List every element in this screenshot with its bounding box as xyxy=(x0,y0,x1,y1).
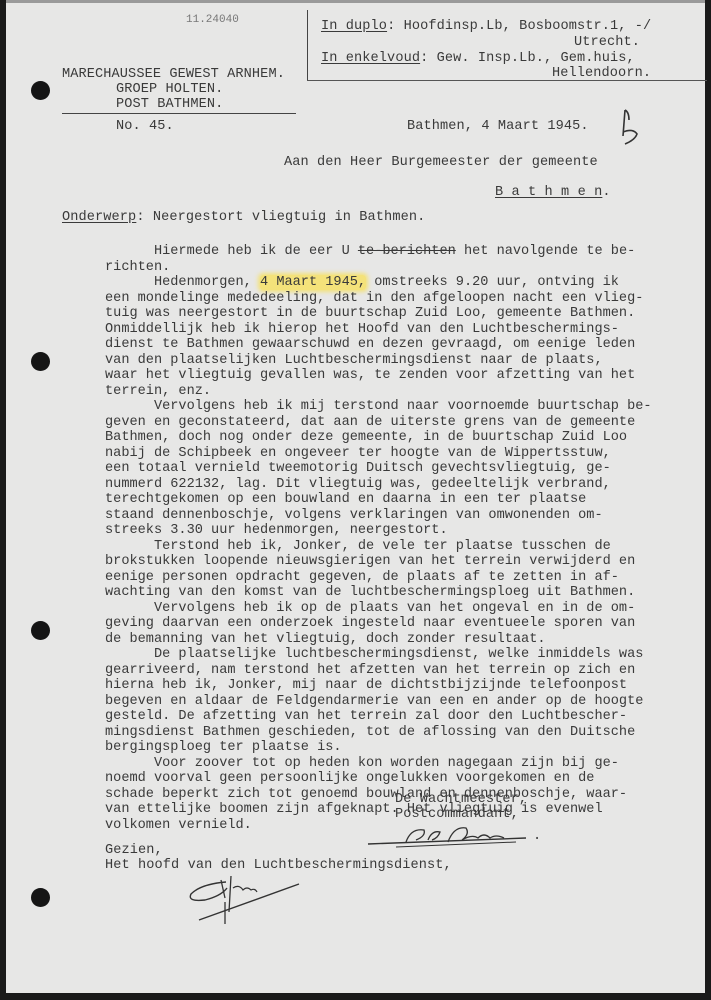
seen-line-1: Gezien, xyxy=(105,843,163,859)
letter-body: Hiermede heb ik de eer U te-berichten he… xyxy=(105,244,705,833)
body-text: Hiermede heb ik de eer U xyxy=(105,244,358,259)
body-line: terechtgekomen op een bouwland en daarna… xyxy=(105,492,705,508)
body-line: gearriveerd, nam terstond het afzetten v… xyxy=(105,663,705,679)
body-line: noemd voorval geen persoonlijke ongelukk… xyxy=(105,771,705,787)
body-line: mingsdienst Bathmen geschieden, tot de a… xyxy=(105,725,705,741)
body-line: eenige personen opdracht gegeven, de pla… xyxy=(105,570,705,586)
struck-text: te-berichten xyxy=(358,244,456,259)
punch-hole-icon xyxy=(31,352,50,371)
sender-line-2: GROEP HOLTEN. xyxy=(116,82,223,98)
letter-number: No. 45. xyxy=(116,119,174,135)
body-text: Hedenmorgen, xyxy=(105,275,260,290)
body-line: geving daarvan een onderzoek ingesteld n… xyxy=(105,616,705,632)
body-line: Voor zoover tot op heden kon worden nage… xyxy=(105,756,705,772)
sender-underline xyxy=(62,113,296,114)
body-line: nummerd 622132, lag. Dit vliegtuig was, … xyxy=(105,477,705,493)
enkelvoud-label: In enkelvoud xyxy=(321,51,420,66)
handwritten-mark-icon xyxy=(615,106,645,148)
punch-hole-icon xyxy=(31,621,50,640)
addressee-city-suffix: . xyxy=(602,185,610,200)
body-line: Onmiddellijk heb ik hierop het Hoofd van… xyxy=(105,322,705,338)
body-line: brokstukken loopende nieuwsgierigen van … xyxy=(105,554,705,570)
subject-line: Onderwerp: Neergestort vliegtuig in Bath… xyxy=(62,210,425,226)
place-date: Bathmen, 4 Maart 1945. xyxy=(407,119,589,135)
body-line: wachting van den komst van de luchtbesch… xyxy=(105,585,705,601)
signature-luchtbescherming-icon xyxy=(181,872,311,932)
body-line: van den plaatselijken Luchtbeschermingsd… xyxy=(105,353,705,369)
body-line: Hiermede heb ik de eer U te-berichten he… xyxy=(105,244,705,260)
distribution-duplo: In duplo: Hoofdinsp.Lb, Bosboomstr.1, -/ xyxy=(321,19,651,35)
document-page: 11.24040 In duplo: Hoofdinsp.Lb, Bosboom… xyxy=(6,0,705,993)
body-line: waar het vliegtuig gevallen was, te zend… xyxy=(105,368,705,384)
body-line: de bemanning van het vliegtuig, doch zon… xyxy=(105,632,705,648)
body-line: streeks 3.30 uur hedenmorgen, neergestor… xyxy=(105,523,705,539)
addressee-city: B a t h m e n xyxy=(495,185,602,200)
signature-suffix: . xyxy=(533,829,541,845)
punch-hole-icon xyxy=(31,888,50,907)
closing-line-1: De Wachtmeester, xyxy=(395,792,527,808)
body-line: Vervolgens heb ik op de plaats van het o… xyxy=(105,601,705,617)
enkelvoud-text: : Gew. Insp.Lb., Gem.huis, xyxy=(420,51,635,66)
body-line: een totaal vernield tweemotorig Duitsch … xyxy=(105,461,705,477)
distribution-enkelvoud: In enkelvoud: Gew. Insp.Lb., Gem.huis, xyxy=(321,51,635,67)
addressee-line-1: Aan den Heer Burgemeester der gemeente xyxy=(284,155,598,171)
body-line: nabij de Schipbeek en ongeveer ter hoogt… xyxy=(105,446,705,462)
body-line: begeven en aldaar de Feldgendarmerie van… xyxy=(105,694,705,710)
distribution-enkelvoud-city: Hellendoorn. xyxy=(552,66,651,82)
body-line: hierna heb ik, Jonker, mij naar de dicht… xyxy=(105,678,705,694)
body-line: richten. xyxy=(105,260,705,276)
duplo-label: In duplo xyxy=(321,19,387,34)
body-line: terrein, enz. xyxy=(105,384,705,400)
body-line: geven en geconstateerd, dat aan de uiter… xyxy=(105,415,705,431)
sender-line-1: MARECHAUSSEE GEWEST ARNHEM. xyxy=(62,67,285,83)
body-line: Terstond heb ik, Jonker, de vele ter pla… xyxy=(105,539,705,555)
body-line: gesteld. De afzetting van het terrein za… xyxy=(105,709,705,725)
subject-label: Onderwerp xyxy=(62,210,136,225)
distribution-box-left-border xyxy=(307,10,308,80)
addressee-line-2: B a t h m e n. xyxy=(495,185,611,201)
signature-postcommandant-icon xyxy=(366,820,536,850)
scan-top-edge xyxy=(6,0,705,3)
sender-line-3: POST BATHMEN. xyxy=(116,97,223,113)
body-line: tuig was neergestort in de buurtschap Zu… xyxy=(105,306,705,322)
highlighted-date: 4 Maart 1945, xyxy=(260,275,366,290)
body-line: staand dennenboschje, volgens verklaring… xyxy=(105,508,705,524)
body-line: bergingsploeg ter plaatse is. xyxy=(105,740,705,756)
duplo-text: : Hoofdinsp.Lb, Bosboomstr.1, -/ xyxy=(387,19,651,34)
body-line: De plaatselijke luchtbeschermingsdienst,… xyxy=(105,647,705,663)
body-line: Bathmen, doch nog onder deze gemeente, i… xyxy=(105,430,705,446)
archive-number: 11.24040 xyxy=(186,14,239,26)
distribution-duplo-city: Utrecht. xyxy=(574,35,640,51)
punch-hole-icon xyxy=(31,81,50,100)
subject-text: : Neergestort vliegtuig in Bathmen. xyxy=(136,210,425,225)
body-text: het navolgende te be- xyxy=(456,244,635,259)
body-line: Vervolgens heb ik mij terstond naar voor… xyxy=(105,399,705,415)
body-line: dienst te Bathmen gewaarschuwd en dezen … xyxy=(105,337,705,353)
body-line: Hedenmorgen, 4 Maart 1945, omstreeks 9.2… xyxy=(105,275,705,291)
body-line: een mondelinge mededeeling, dat in den a… xyxy=(105,291,705,307)
body-text: omstreeks 9.20 uur, ontving ik xyxy=(366,275,619,290)
